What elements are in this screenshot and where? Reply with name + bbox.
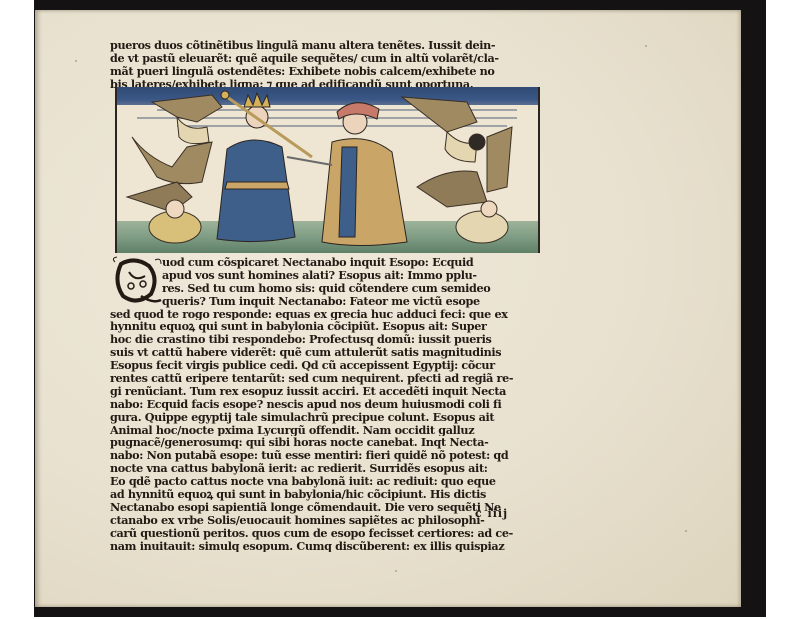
main-paragraph: uod cum cõspicaret Nectanabo inquit Esop… — [162, 256, 513, 552]
right-basket — [456, 211, 508, 243]
paper-speck — [645, 45, 647, 47]
text-line: sed quod te rogo responde: equas ex grec… — [110, 308, 513, 321]
text-line: Animal hoc/nocte pxima Lycurgũ offendit.… — [110, 424, 513, 437]
paper-speck — [685, 530, 687, 532]
text-line: nam inuitauit: simulq esopum. Cumq discũ… — [110, 540, 513, 553]
left-eagle-bottom — [127, 137, 212, 212]
text-line: res. Sed tu cum homo sis: quid cõtendere… — [162, 282, 513, 295]
text-line: apud vos sunt homines alati? Esopus ait:… — [162, 269, 513, 282]
text-line: pugnacẽ/generosumq: qui sibi horas nocte… — [110, 436, 513, 449]
woodcut-figures — [117, 87, 538, 253]
text-line: Eo qdẽ pacto cattus nocte vna babylonã i… — [110, 475, 513, 488]
text-line: mãt pueri lingulã ostendẽtes: Exhibete n… — [110, 65, 499, 78]
text-line: gi renũciant. Tum rex esopuz iussit acci… — [110, 385, 513, 398]
text-line: queris? Tum inquit Nectanabo: Fateor me … — [162, 295, 513, 308]
text-line: Esopus fecit virgis publice cedi. Qd cũ … — [110, 359, 513, 372]
text-line: Nectanabo esopi sapientiã longe cõmendau… — [110, 501, 513, 514]
signature-mark: c iiij — [475, 507, 508, 520]
right-eagle-top — [402, 97, 485, 162]
text-line: suis vt cattũ habere viderẽt: quẽ cum at… — [110, 346, 513, 359]
text-line: pueros duos cõtinẽtibus lingulã manu alt… — [110, 39, 499, 52]
aesop-figure — [287, 103, 407, 246]
text-line: nabo: Non putabã esope: tuũ esse mentiri… — [110, 449, 513, 462]
text-line: hoc die crastino tibi respondebo: Profec… — [110, 333, 513, 346]
text-line: rentes cattũ eripere tentarũt: sed cum n… — [110, 372, 513, 385]
text-line: nocte vna cattus babylonã ierit: ac redi… — [110, 462, 513, 475]
paper-speck — [395, 570, 397, 572]
decorated-initial-q — [111, 256, 163, 306]
text-line: ctanabo ex vrbe Solis/euocauit homines s… — [110, 514, 513, 527]
text-line: de vt pastũ eleuarẽt: quẽ aquile sequẽte… — [110, 52, 499, 65]
text-line: hynnitu equoꝝ qui sunt in babylonia cõci… — [110, 320, 513, 333]
text-line: ad hynnitũ equoꝝ qui sunt in babylonia/h… — [110, 488, 513, 501]
text-line: gura. Quippe egyptij tale simulachrũ pre… — [110, 411, 513, 424]
top-paragraph: pueros duos cõtinẽtibus lingulã manu alt… — [110, 39, 499, 91]
left-eagle-top — [152, 95, 222, 144]
text-line: carũ questionũ peritos. quos cum de esop… — [110, 527, 513, 540]
text-line: uod cum cõspicaret Nectanabo inquit Esop… — [162, 256, 513, 269]
paper-speck — [75, 60, 77, 62]
text-line: nabo: Ecquid facis esope? nescis apud no… — [110, 398, 513, 411]
woodcut-illustration — [115, 87, 540, 253]
right-eagle-bottom — [417, 127, 512, 207]
king-figure — [217, 91, 312, 242]
right-boy-head — [481, 201, 497, 217]
left-boy-head — [166, 200, 184, 218]
